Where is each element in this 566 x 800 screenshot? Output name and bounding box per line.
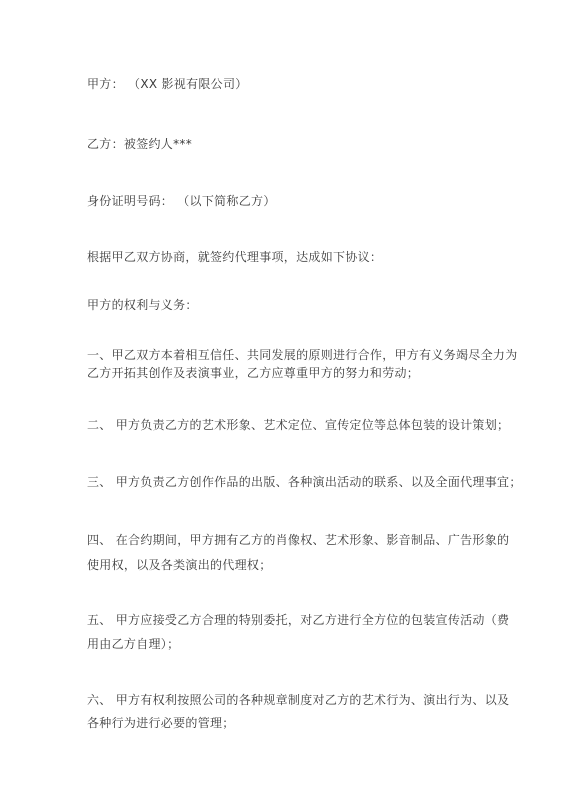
party-a-line: 甲方： （XX 影视有限公司）: [87, 77, 248, 91]
preamble-line: 根据甲乙双方协商，就签约代理事项，达成如下协议：: [87, 250, 382, 264]
clause-5-line-2: 用由乙方自理）；: [87, 637, 179, 651]
id-number-line: 身份证明号码： （以下简称乙方）: [87, 194, 276, 208]
section-title: 甲方的权利与义务：: [87, 298, 198, 312]
clause-4-line-1: 四、 在合约期间，甲方拥有乙方的肖像权、艺术形象、影音制品、广告形象的: [87, 533, 509, 547]
clause-2-line-1: 二、 甲方负责乙方的艺术形象、艺术定位、宣传定位等总体包装的设计策划；: [87, 418, 509, 432]
clause-4-line-2: 使用权，以及各类演出的代理权；: [87, 558, 272, 572]
clause-3-line-1: 三、 甲方负责乙方创作作品的出版、各种演出活动的联系、以及全面代理事宜；: [87, 475, 522, 489]
clause-6-line-2: 各种行为进行必要的管理；: [87, 716, 235, 730]
party-b-line: 乙方：被签约人***: [87, 137, 192, 151]
clause-1-line-2: 乙方开拓其创作及表演事业，乙方应尊重甲方的努力和劳动；: [87, 366, 419, 380]
clause-1-line-1: 一、甲乙双方本着相互信任、共同发展的原则进行合作，甲方有义务竭尽全力为: [87, 348, 518, 362]
clause-6-line-1: 六、 甲方有权利按照公司的各种规章制度对乙方的艺术行为、演出行为、以及: [87, 693, 509, 707]
clause-5-line-1: 五、 甲方应接受乙方合理的特别委托，对乙方进行全方位的包装宣传活动（费: [87, 613, 509, 627]
